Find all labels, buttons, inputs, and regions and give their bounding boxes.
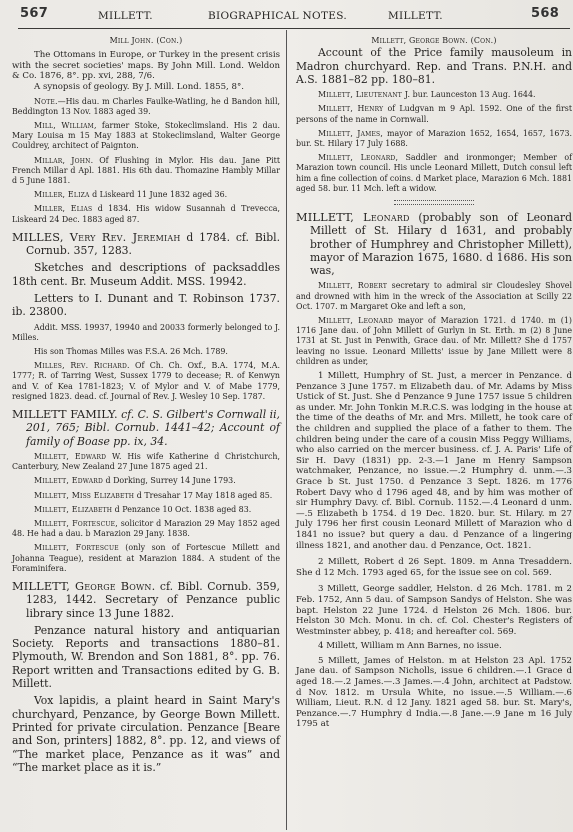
entry-james-mayor: Millett, James, mayor of Marazion 1652, …	[296, 129, 572, 149]
entry-millett-fortescue-son: Millett, Fortescue (only son of Fortescu…	[12, 543, 280, 574]
entry-thomas-milles: His son Thomas Milles was F.S.A. 26 Mch.…	[12, 347, 280, 357]
entry-penzance-society: Penzance natural history and antiquarian…	[12, 624, 280, 690]
entry-synopsis: A synopsis of geology. By J. Mill. Lond.…	[12, 82, 280, 93]
entry-child-4-william: 4 Millett, William m Ann Barnes, no issu…	[296, 641, 572, 652]
entry-millett-edward-w: Millett, Edward W. His wife Katherine d …	[12, 452, 280, 472]
entry-child-1-humphry: 1 Millett, Humphry of St. Just, a mercer…	[296, 371, 572, 551]
entry-milles-jeremiah: MILLES, Very Rev. Jeremiah d 1784. cf. B…	[12, 231, 280, 258]
entry-robert-secretary: Millett, Robert secretary to admiral sir…	[296, 281, 572, 312]
entry-millett-elizabeth: Millett, Elizabeth d Penzance 10 Oct. 18…	[12, 505, 280, 515]
entry-packsaddles: Sketches and descriptions of packsaddles…	[12, 261, 280, 288]
entry-child-3-george: 3 Millett, George saddler, Helston. d 26…	[296, 584, 572, 637]
entry-addit-mss: Addit. MSS. 19937, 19940 and 20033 forme…	[12, 323, 280, 343]
entry-millett-fortescue-solicitor: Millett, Fortescue, solicitor d Marazion…	[12, 519, 280, 539]
book-page-spread: 567 MILLETT. BIOGRAPHICAL NOTES. MILLETT…	[0, 0, 573, 832]
continuation-heading: Mill John. (Con.)	[12, 36, 280, 46]
entry-leonard-saddler: Millett, Leonard, Saddler and ironmonger…	[296, 153, 572, 194]
entry-milles-richard: Milles, Rev. Richard. Of Ch. Ch. Oxf., B…	[12, 361, 280, 402]
right-running-title: MILLETT.	[388, 10, 443, 22]
left-page-number: 567	[20, 6, 48, 21]
entry-millett-family: MILLETT FAMILY. cf. C. S. Gilbert's Corn…	[12, 408, 280, 448]
entry-millett-miss-elizabeth: Millett, Miss Elizabeth d Tresahar 17 Ma…	[12, 491, 280, 501]
continuation-heading-right: Millett, George Bown. (Con.)	[296, 36, 572, 46]
entry-mill-william: Mill, William, farmer Stoke, Stokeclimsl…	[12, 121, 280, 152]
entry-millett-george-bown: MILLETT, George Bown. cf. Bibl. Cornub. …	[12, 580, 280, 620]
entry-note: Note.—His dau. m Charles Faulke-Watling,…	[12, 97, 280, 117]
column-divider	[286, 30, 287, 830]
entry-child-2-robert: 2 Millett, Robert d 26 Sept. 1809. m Ann…	[296, 557, 572, 578]
left-running-title: MILLETT.	[98, 10, 153, 22]
entry-letters: Letters to I. Dunant and T. Robinson 173…	[12, 292, 280, 319]
header-rule	[18, 28, 570, 29]
right-page-number: 568	[531, 6, 559, 21]
entry-lieutenant-j: Millett, Lieutenant J. bur. Launceston 1…	[296, 90, 572, 100]
entry-leonard-mayor-1721: Millett, Leonard mayor of Marazion 1721.…	[296, 316, 572, 367]
entry-miller-elias: Miller, Elias d 1834. His widow Susannah…	[12, 204, 280, 224]
left-column: Mill John. (Con.) The Ottomans in Europe…	[12, 34, 280, 774]
entry-millar-john: Millar, John. Of Flushing in Mylor. His …	[12, 156, 280, 187]
entry-ottomans: The Ottomans in Europe, or Turkey in the…	[12, 50, 280, 82]
center-running-title: BIOGRAPHICAL NOTES.	[208, 10, 347, 22]
entry-miller-eliza: Miller, Eliza d Liskeard 11 June 1832 ag…	[12, 190, 280, 200]
entry-millett-edward: Millett, Edward d Dorking, Surrey 14 Jun…	[12, 476, 280, 486]
entry-leonard-main: MILLETT, Leonard (probably son of Leonar…	[296, 211, 572, 277]
right-column: Millett, George Bown. (Con.) Account of …	[296, 34, 572, 730]
section-divider-ornament	[394, 200, 474, 205]
entry-henry: Millett, Henry of Ludgvan m 9 Apl. 1592.…	[296, 104, 572, 124]
entry-vox-lapidis: Vox lapidis, a plaint heard in Saint Mar…	[12, 694, 280, 774]
running-header: 567 MILLETT. BIOGRAPHICAL NOTES. MILLETT…	[0, 0, 573, 34]
entry-price-mausoleum: Account of the Price family mausoleum in…	[296, 46, 572, 86]
entry-child-5-james: 5 Millett, James of Helston. m at Helsto…	[296, 656, 572, 730]
